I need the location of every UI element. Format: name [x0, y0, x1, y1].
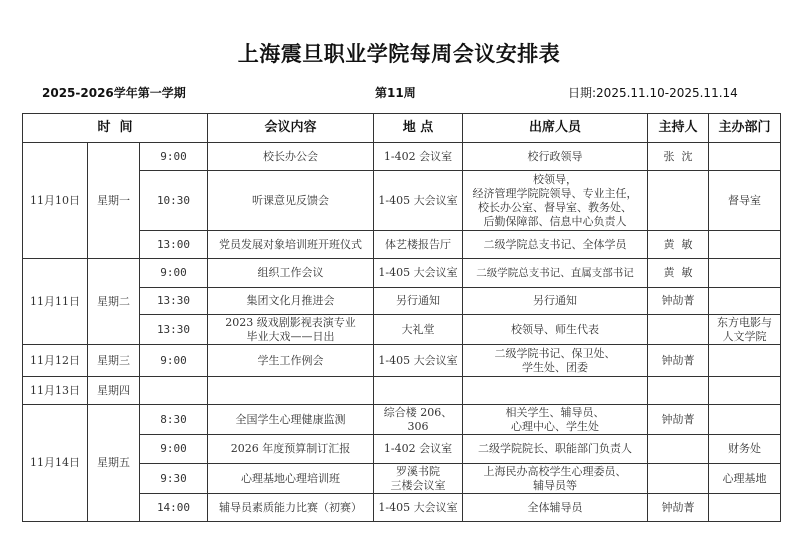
content-cell: 2023 级戏剧影视表演专业 毕业大戏——日出: [208, 315, 374, 345]
host-cell: [648, 171, 709, 231]
content-cell: 2026 年度预算制订汇报: [208, 435, 374, 464]
meeting-schedule-table: 时 间 会议内容 地 点 出席人员 主持人 主办部门 11月10日 星期一 9:…: [22, 113, 781, 522]
host-cell: 钟劼菁: [648, 288, 709, 315]
header-row: 时 间 会议内容 地 点 出席人员 主持人 主办部门: [23, 114, 781, 143]
location-cell: 1-405 大会议室: [374, 494, 463, 522]
time-cell: 9:30: [140, 464, 208, 494]
location-cell: [374, 377, 463, 405]
date-cell: 11月10日: [23, 143, 88, 259]
content-cell: 学生工作例会: [208, 345, 374, 377]
week-label: 第11周: [375, 84, 416, 101]
location-cell: 1-405 大会议室: [374, 171, 463, 231]
attendees-cell: 校行政领导: [463, 143, 648, 171]
semester-label: 2025-2026学年第一学期: [42, 84, 186, 101]
host-cell: 张 沈: [648, 143, 709, 171]
header-location: 地 点: [374, 114, 463, 143]
header-host: 主持人: [648, 114, 709, 143]
host-cell: 黄 敏: [648, 231, 709, 259]
weekday-cell: 星期五: [88, 405, 140, 522]
time-cell: 13:30: [140, 315, 208, 345]
host-cell: [648, 464, 709, 494]
content-cell: [208, 377, 374, 405]
host-cell: [648, 315, 709, 345]
location-cell: 1-402 会议室: [374, 143, 463, 171]
attendees-cell: 另行通知: [463, 288, 648, 315]
organizer-cell: [709, 259, 781, 288]
content-cell: 听课意见反馈会: [208, 171, 374, 231]
location-cell: 体艺楼报告厅: [374, 231, 463, 259]
organizer-cell: [709, 345, 781, 377]
time-cell: 13:00: [140, 231, 208, 259]
location-cell: 罗溪书院 三楼会议室: [374, 464, 463, 494]
header-time: 时 间: [23, 114, 208, 143]
location-cell: 综合楼 206、306: [374, 405, 463, 435]
attendees-cell: 二级学院书记、保卫处、 学生处、团委: [463, 345, 648, 377]
weekday-cell: 星期二: [88, 259, 140, 345]
location-cell: 大礼堂: [374, 315, 463, 345]
host-cell: [648, 435, 709, 464]
date-cell: 11月12日: [23, 345, 88, 377]
time-cell: 9:00: [140, 345, 208, 377]
host-cell: 钟劼菁: [648, 345, 709, 377]
time-cell: 9:00: [140, 259, 208, 288]
table-row: 11月14日 星期五 8:30 全国学生心理健康监测 综合楼 206、306 相…: [23, 405, 781, 435]
table-row: 11月10日 星期一 9:00 校长办公会 1-402 会议室 校行政领导 张 …: [23, 143, 781, 171]
host-cell: 钟劼菁: [648, 405, 709, 435]
time-cell: [140, 377, 208, 405]
attendees-cell: 校领导， 经济管理学院院领导、专业主任， 校长办公室、督导室、教务处、 后勤保障…: [463, 171, 648, 231]
organizer-cell: 心理基地: [709, 464, 781, 494]
host-cell: 钟劼菁: [648, 494, 709, 522]
time-cell: 14:00: [140, 494, 208, 522]
time-cell: 8:30: [140, 405, 208, 435]
organizer-cell: [709, 494, 781, 522]
attendees-cell: [463, 377, 648, 405]
content-cell: 党员发展对象培训班开班仪式: [208, 231, 374, 259]
time-cell: 13:30: [140, 288, 208, 315]
attendees-cell: 二级学院总支书记、直属支部书记: [463, 259, 648, 288]
location-cell: 1-405 大会议室: [374, 259, 463, 288]
page-title: 上海震旦职业学院每周会议安排表: [0, 38, 798, 68]
weekday-cell: 星期一: [88, 143, 140, 259]
attendees-cell: 上海民办高校学生心理委员、 辅导员等: [463, 464, 648, 494]
organizer-cell: [709, 231, 781, 259]
host-cell: [648, 377, 709, 405]
attendees-cell: 全体辅导员: [463, 494, 648, 522]
content-cell: 组织工作会议: [208, 259, 374, 288]
time-cell: 10:30: [140, 171, 208, 231]
organizer-cell: 东方电影与 人文学院: [709, 315, 781, 345]
date-cell: 11月14日: [23, 405, 88, 522]
attendees-cell: 二级学院院长、职能部门负责人: [463, 435, 648, 464]
weekday-cell: 星期三: [88, 345, 140, 377]
header-organizer: 主办部门: [709, 114, 781, 143]
organizer-cell: [709, 405, 781, 435]
attendees-cell: 二级学院总支书记、全体学员: [463, 231, 648, 259]
location-cell: 1-405 大会议室: [374, 345, 463, 377]
date-cell: 11月11日: [23, 259, 88, 345]
organizer-cell: [709, 288, 781, 315]
time-cell: 9:00: [140, 143, 208, 171]
date-cell: 11月13日: [23, 377, 88, 405]
date-range-label: 日期:2025.11.10-2025.11.14: [568, 84, 738, 101]
host-cell: 黄 敏: [648, 259, 709, 288]
organizer-cell: [709, 143, 781, 171]
location-cell: 1-402 会议室: [374, 435, 463, 464]
organizer-cell: [709, 377, 781, 405]
content-cell: 心理基地心理培训班: [208, 464, 374, 494]
location-cell: 另行通知: [374, 288, 463, 315]
header-content: 会议内容: [208, 114, 374, 143]
content-cell: 全国学生心理健康监测: [208, 405, 374, 435]
content-cell: 校长办公会: [208, 143, 374, 171]
content-cell: 集团文化月推进会: [208, 288, 374, 315]
attendees-cell: 校领导、师生代表: [463, 315, 648, 345]
table-row: 11月13日 星期四: [23, 377, 781, 405]
table-row: 11月11日 星期二 9:00 组织工作会议 1-405 大会议室 二级学院总支…: [23, 259, 781, 288]
organizer-cell: 财务处: [709, 435, 781, 464]
weekday-cell: 星期四: [88, 377, 140, 405]
organizer-cell: 督导室: [709, 171, 781, 231]
attendees-cell: 相关学生、辅导员、 心理中心、学生处: [463, 405, 648, 435]
time-cell: 9:00: [140, 435, 208, 464]
header-attendees: 出席人员: [463, 114, 648, 143]
content-cell: 辅导员素质能力比赛（初赛）: [208, 494, 374, 522]
table-row: 11月12日 星期三 9:00 学生工作例会 1-405 大会议室 二级学院书记…: [23, 345, 781, 377]
